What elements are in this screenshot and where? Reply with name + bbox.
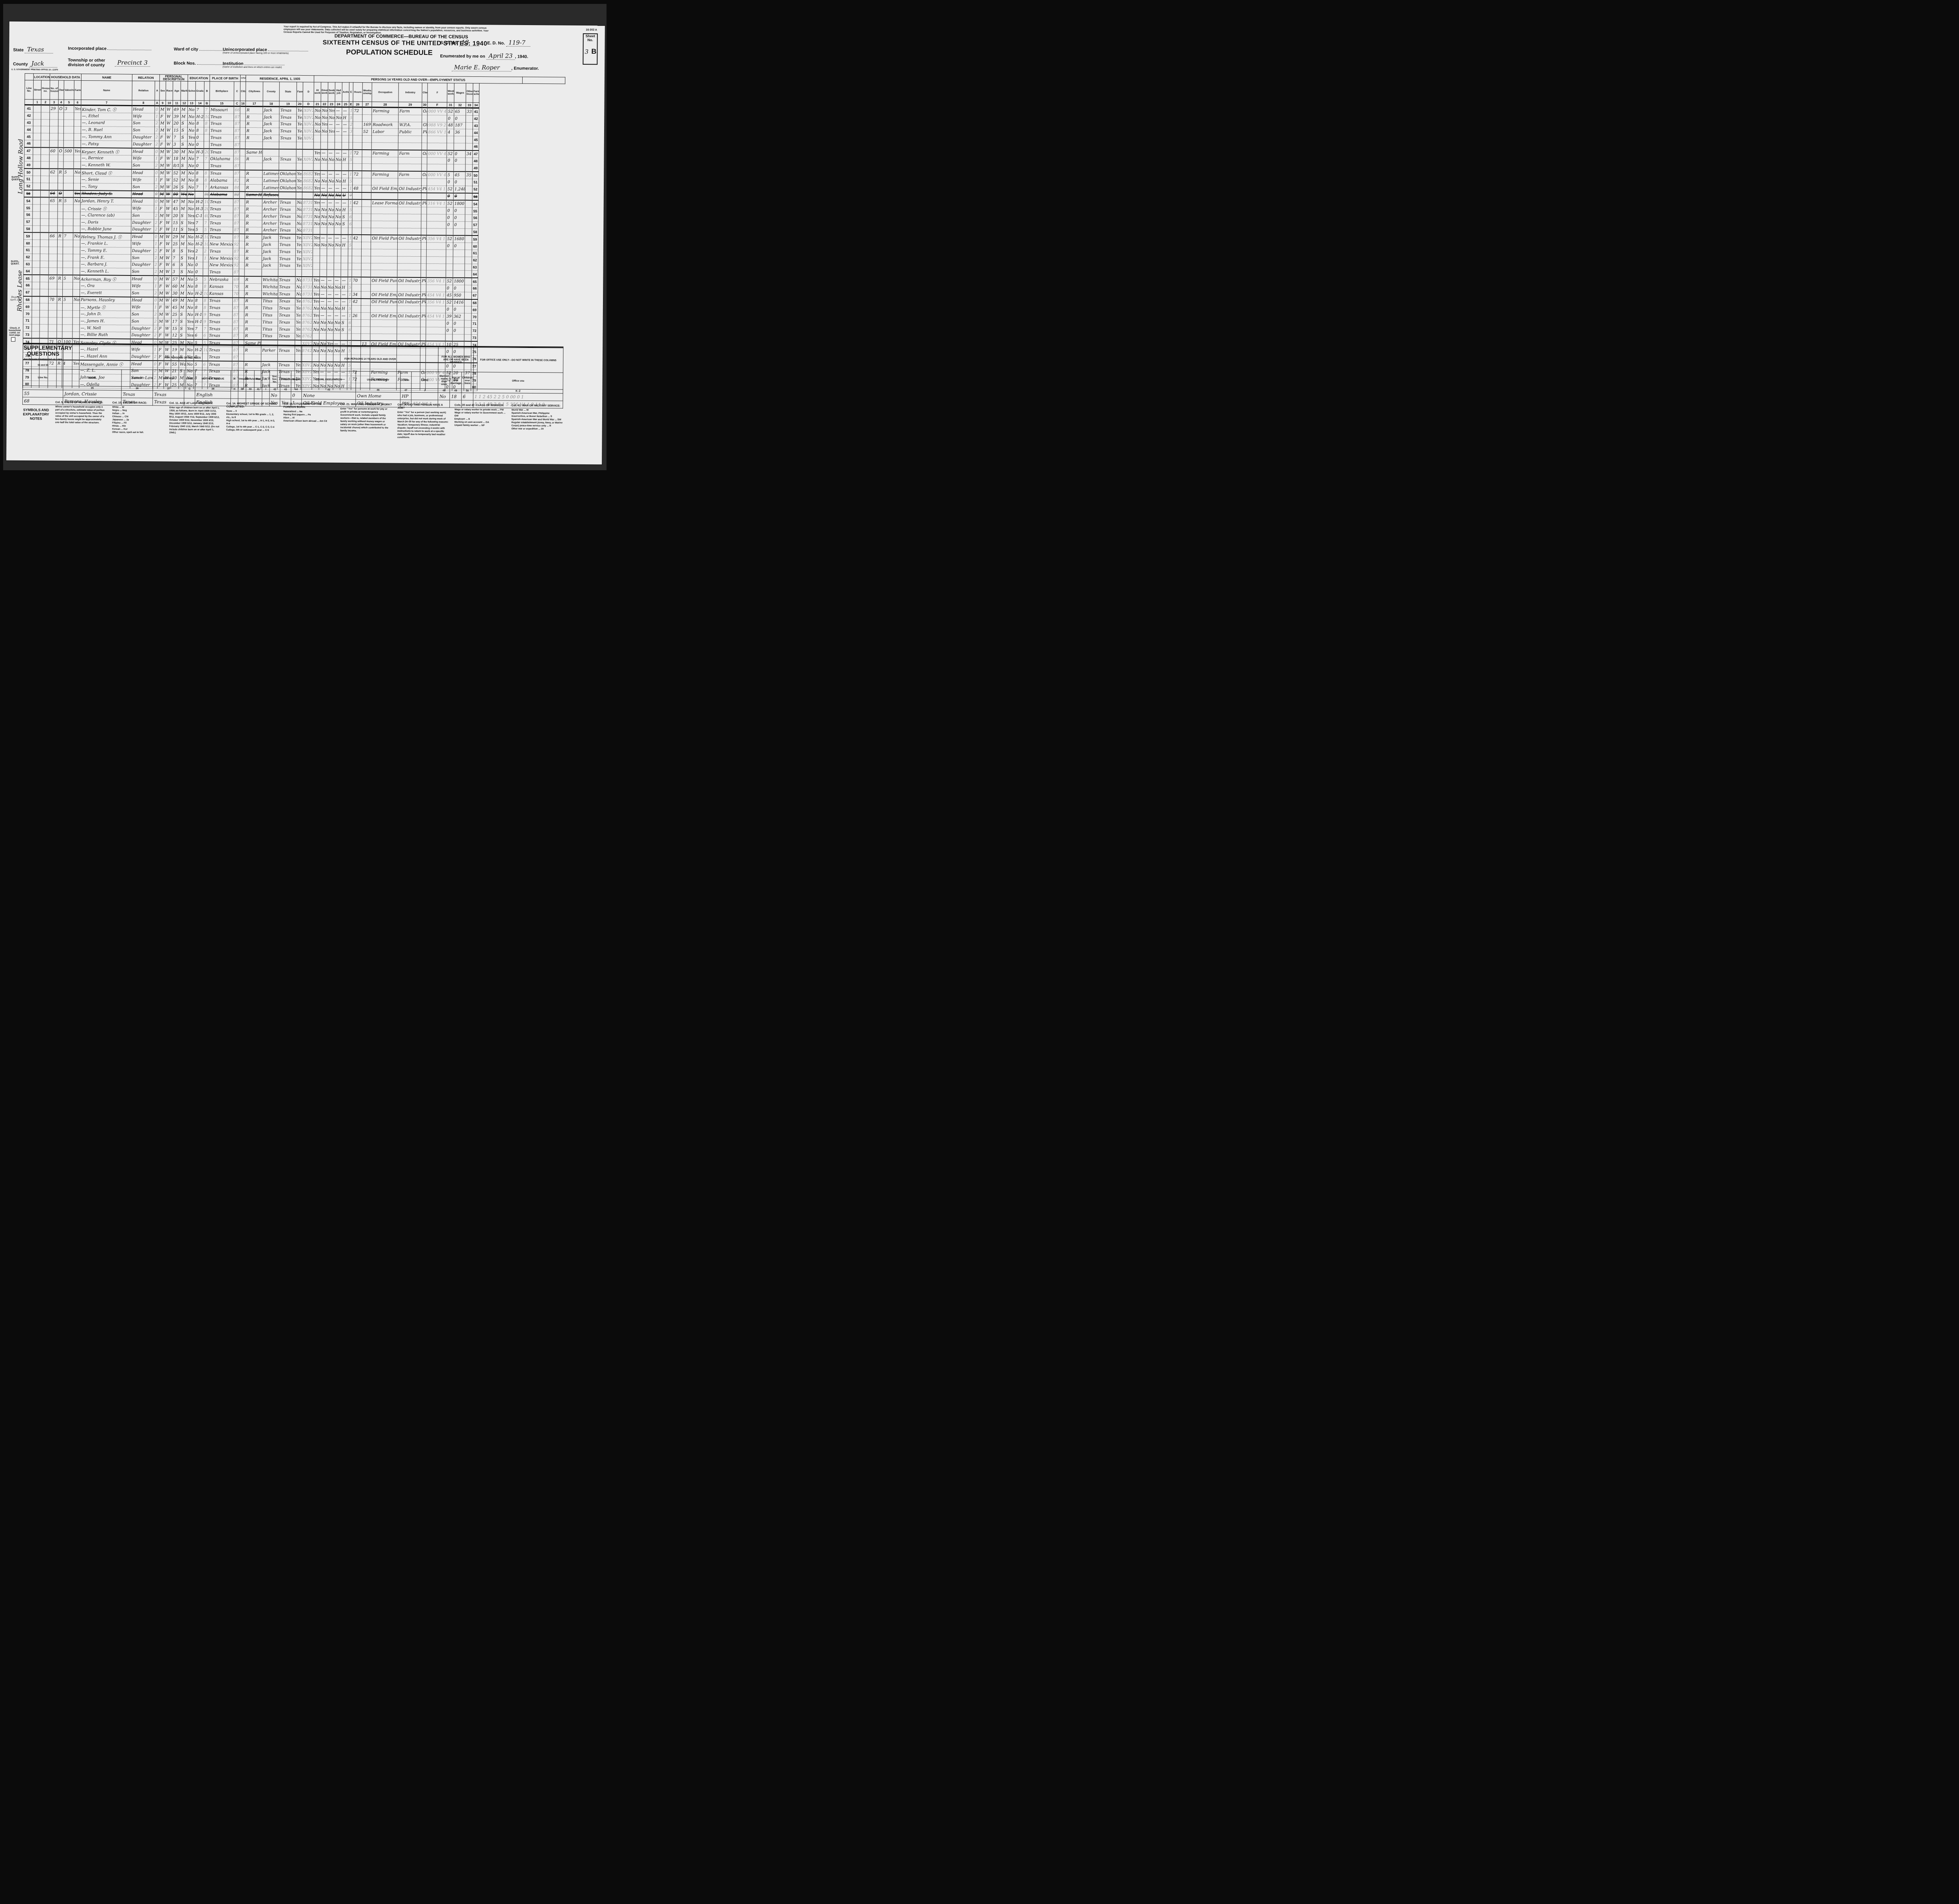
cell-tenure bbox=[58, 176, 63, 183]
cell-mar: S bbox=[180, 184, 187, 191]
cell-county: Refused bbox=[262, 192, 279, 199]
line-number: 62 bbox=[24, 254, 32, 261]
cell-house bbox=[41, 168, 49, 176]
column-number: 22 bbox=[321, 101, 328, 107]
cell-age: 20 bbox=[173, 120, 181, 127]
cell-c27 bbox=[362, 178, 371, 185]
cell-farm: No bbox=[73, 275, 80, 282]
supp-cell-i bbox=[262, 391, 269, 399]
cell-c25: H bbox=[341, 207, 348, 214]
cell-c27 bbox=[362, 221, 371, 228]
cell-ind: Farm bbox=[398, 150, 422, 157]
cell-c21: Yes bbox=[313, 149, 320, 156]
cell-sch: No bbox=[187, 149, 195, 156]
state-value: Texas bbox=[25, 46, 53, 54]
cell-a: 2 bbox=[154, 212, 159, 219]
cell-c22: — bbox=[320, 277, 327, 284]
cell-age: 60 bbox=[172, 283, 179, 290]
cell-county: Latimer bbox=[262, 184, 279, 192]
cell-c22 bbox=[320, 263, 327, 270]
column-header: Emergency work bbox=[321, 82, 328, 101]
line-number: 48 bbox=[24, 154, 33, 161]
line-number: 58 bbox=[24, 225, 33, 232]
cell-occ bbox=[371, 284, 397, 292]
cell-farm bbox=[73, 212, 80, 219]
cell-b: 8 bbox=[204, 170, 209, 177]
cell-county: Titus bbox=[261, 298, 278, 305]
supp-cell-father: Texas bbox=[121, 390, 153, 398]
cell-c21: No bbox=[313, 284, 320, 291]
col-group-education: EDUCATION bbox=[188, 74, 210, 81]
cell-county: Jack bbox=[263, 135, 279, 142]
cell-hh: 69 bbox=[49, 275, 57, 282]
cell-c27 bbox=[361, 299, 370, 306]
cell-c24: — bbox=[333, 312, 340, 319]
cell-race: W bbox=[165, 177, 172, 184]
cell-sex: M bbox=[159, 184, 165, 191]
cell-occ: Oil Field Pumper bbox=[371, 277, 397, 284]
cell-c22 bbox=[320, 255, 327, 263]
col-group-name: NAME bbox=[81, 74, 132, 81]
cell-farm: Yes bbox=[74, 105, 81, 112]
cell-farm bbox=[73, 254, 80, 261]
cell-c34 bbox=[465, 207, 472, 214]
cell-b: 2 bbox=[203, 248, 208, 255]
cell-rel: Son bbox=[131, 268, 154, 276]
cell-grade: H-2 bbox=[195, 198, 203, 205]
cell-f20: Yes bbox=[296, 178, 302, 185]
note-item: Other races, spell out in full. bbox=[112, 431, 164, 435]
cell-a: 2 bbox=[154, 127, 159, 134]
cell-c26 bbox=[352, 228, 362, 235]
cell-tenure bbox=[57, 268, 63, 275]
cell-b: 20 bbox=[204, 149, 209, 156]
cell-c24: No bbox=[335, 114, 342, 121]
cell-c27 bbox=[361, 319, 370, 326]
cell-cit bbox=[240, 135, 245, 142]
cell-d: 8731 bbox=[302, 284, 313, 291]
cell-sex: F bbox=[159, 177, 165, 184]
cell-cit bbox=[240, 170, 245, 177]
cell-b: 10 bbox=[203, 199, 209, 206]
cell-race: W bbox=[165, 248, 172, 255]
cell-value: 5 bbox=[63, 275, 73, 282]
line-number-right: 66 bbox=[472, 285, 478, 292]
cell-f20: Yes bbox=[295, 248, 302, 255]
cell-sch: No bbox=[186, 297, 194, 304]
cell-c21 bbox=[313, 142, 320, 149]
cell-tenure bbox=[57, 289, 63, 296]
cell-c31: 0 bbox=[445, 306, 453, 313]
cell-ind: Farm bbox=[398, 107, 422, 115]
cell-city: R bbox=[244, 255, 262, 262]
cell-cit bbox=[240, 128, 245, 135]
cell-f20: Yes bbox=[295, 312, 301, 319]
cell-c26 bbox=[353, 164, 362, 171]
census-sheet: State Texas County Jack U. S. GOVERNMENT… bbox=[6, 22, 605, 465]
cell-c34 bbox=[465, 221, 472, 228]
cell-hh bbox=[49, 126, 58, 133]
cell-c24: No bbox=[333, 319, 340, 326]
cell-house bbox=[40, 324, 48, 331]
cell-sch: No bbox=[186, 290, 194, 297]
cell-county: Jack bbox=[262, 241, 278, 248]
cell-cls: PW bbox=[421, 277, 426, 284]
column-header: City/town bbox=[246, 82, 263, 101]
cell-age: 20 bbox=[172, 212, 180, 219]
cell-county: Jack bbox=[262, 234, 279, 242]
cell-c32: 0 bbox=[454, 150, 465, 158]
line-number: 44 bbox=[24, 126, 33, 133]
cell-f20 bbox=[295, 270, 302, 277]
cell-c23: — bbox=[327, 235, 334, 242]
cell-c21: No bbox=[313, 178, 320, 185]
cell-f bbox=[427, 193, 446, 200]
cell-c21: No bbox=[313, 128, 320, 135]
line-number-right: 55 bbox=[472, 208, 478, 215]
cell-street bbox=[32, 254, 40, 261]
column-number: 6 bbox=[74, 100, 81, 105]
cell-street bbox=[33, 218, 40, 225]
cell-c25: — bbox=[341, 235, 348, 242]
cell-c31: 0 bbox=[447, 115, 454, 122]
cell-name: Kinder, Tom C. ⓧ bbox=[81, 105, 132, 113]
cell-c34 bbox=[464, 299, 471, 306]
cell-grade: H-1 bbox=[194, 318, 203, 325]
cell-birth: Missouri bbox=[210, 106, 234, 114]
supp-column-number: 36 bbox=[121, 386, 153, 391]
cell-cit bbox=[240, 106, 246, 114]
cell-cls bbox=[421, 221, 427, 228]
cell-hh bbox=[49, 240, 57, 247]
cell-city bbox=[244, 269, 262, 277]
cell-house bbox=[40, 219, 49, 226]
cell-county: Jack bbox=[263, 107, 279, 114]
cell-rel: Son bbox=[131, 254, 154, 261]
supp-column-number: 40 bbox=[246, 387, 254, 391]
cell-c22: — bbox=[319, 298, 326, 305]
cell-c27 bbox=[362, 136, 371, 143]
column-number: 9 bbox=[159, 100, 166, 106]
cell-e: 6 bbox=[348, 221, 352, 228]
cell-street bbox=[32, 289, 40, 296]
cell-c32: 0 bbox=[453, 306, 464, 313]
cell-value bbox=[63, 254, 73, 261]
cell-e: 7 bbox=[348, 192, 352, 199]
group-all-ages: FOR PERSONS OF ALL AGES bbox=[63, 344, 302, 371]
cell-farm: Yes bbox=[73, 190, 80, 197]
column-number: 5 bbox=[64, 100, 74, 105]
cell-mar: S bbox=[179, 311, 186, 318]
cell-e bbox=[349, 142, 353, 149]
cell-occ: Oil Field Employee bbox=[370, 313, 397, 320]
cell-state: Texas bbox=[278, 312, 295, 319]
cell-state: Texas bbox=[279, 156, 296, 163]
cell-a: 2 bbox=[154, 268, 158, 275]
cell-c25 bbox=[341, 256, 348, 263]
cell-ind: Oil Industry bbox=[397, 277, 421, 285]
cell-c34 bbox=[465, 285, 472, 292]
cell-a: 0 bbox=[154, 198, 159, 205]
cell-house bbox=[40, 275, 49, 282]
cell-c21 bbox=[313, 255, 320, 263]
cell-c31: 5 bbox=[447, 172, 454, 179]
cell-c25: S bbox=[340, 326, 348, 333]
cell-hh: 60 bbox=[49, 147, 58, 154]
cell-house bbox=[40, 212, 49, 219]
cell-c23: No bbox=[328, 156, 335, 163]
cell-ind: Farm bbox=[398, 171, 422, 179]
cell-state: Texas bbox=[278, 248, 295, 255]
cell-birth: Texas bbox=[209, 226, 233, 234]
continued-checkbox[interactable] bbox=[11, 337, 15, 342]
cell-hh bbox=[48, 310, 57, 317]
cell-ind: W.P.A. bbox=[398, 122, 422, 129]
cell-age: 52 bbox=[172, 170, 180, 177]
cell-value bbox=[63, 133, 74, 140]
cell-c25: H bbox=[342, 114, 349, 121]
cell-e: 1 bbox=[348, 277, 352, 284]
cell-c24: — bbox=[335, 107, 342, 114]
cell-c23: No bbox=[326, 326, 333, 333]
cell-name: —, W. Nell bbox=[80, 324, 130, 332]
cell-race: W bbox=[165, 234, 172, 241]
column-number: 15 bbox=[210, 101, 234, 106]
cell-value bbox=[63, 289, 73, 296]
cell-age: 57 bbox=[172, 276, 179, 283]
cell-birth: Texas bbox=[209, 127, 234, 134]
note-col21: Col. 21. WAS THIS PERSON AT WORK?Enter "… bbox=[340, 403, 392, 447]
cell-c23: No bbox=[327, 192, 334, 199]
column-header: E bbox=[349, 82, 353, 101]
cell-c32: 0 bbox=[453, 193, 465, 200]
line-number-right: 63 bbox=[472, 264, 478, 271]
supp-cell-line: 55 bbox=[23, 389, 63, 397]
col-group-location: LOCATION bbox=[33, 74, 50, 80]
line-number-right: 65 bbox=[472, 278, 478, 285]
cell-b: 8 bbox=[204, 120, 210, 127]
cell-c34 bbox=[465, 264, 472, 271]
cell-tenure bbox=[58, 120, 64, 127]
cell-street bbox=[33, 133, 41, 140]
cell-c26: 70 bbox=[352, 277, 361, 284]
cell-c25: S bbox=[340, 319, 348, 326]
cell-c34 bbox=[465, 165, 473, 172]
line-number-right: 44 bbox=[473, 129, 479, 136]
cell-c: 87 bbox=[234, 163, 240, 170]
cell-e: 5 bbox=[348, 306, 351, 313]
cell-name: —, John D. bbox=[80, 311, 130, 318]
cell-grade: H-1 bbox=[194, 312, 203, 319]
cell-birth: Texas bbox=[209, 199, 233, 206]
cell-value bbox=[63, 282, 73, 289]
cell-sex: M bbox=[159, 234, 165, 241]
cell-c32: 0 bbox=[454, 179, 465, 186]
cell-house bbox=[40, 247, 49, 254]
cell-rel: Head bbox=[130, 297, 153, 304]
line-number: 50 bbox=[24, 168, 33, 176]
cell-c32: 187 bbox=[454, 122, 466, 129]
line-number-right: 70 bbox=[471, 313, 478, 321]
cell-rel: Daughter bbox=[132, 134, 154, 141]
cell-value bbox=[63, 162, 74, 169]
cell-county: Wichita bbox=[262, 284, 278, 291]
cell-b bbox=[204, 163, 209, 170]
cell-ind bbox=[398, 228, 421, 236]
cell-sch: No bbox=[186, 311, 194, 318]
cell-tenure bbox=[57, 261, 63, 268]
cell-occ bbox=[371, 249, 397, 256]
column-number: F bbox=[427, 102, 447, 108]
cell-ind bbox=[398, 221, 421, 228]
cell-hh bbox=[49, 205, 58, 212]
cell-cls bbox=[420, 320, 426, 327]
cell-age: 39 bbox=[173, 113, 181, 120]
cell-county bbox=[263, 149, 279, 156]
cell-rel: Wife bbox=[132, 176, 154, 183]
cell-c25: — bbox=[342, 171, 349, 178]
cell-sch: No bbox=[186, 262, 194, 269]
cell-name: —, Clarence (ab) bbox=[80, 212, 131, 219]
cell-mar: M bbox=[179, 283, 186, 290]
cell-birth: Oklahoma bbox=[209, 156, 234, 163]
column-header: Weeks worked bbox=[447, 83, 454, 102]
line-number: 53 bbox=[24, 190, 33, 197]
supp-column-number: 50 bbox=[462, 389, 473, 393]
cell-c26: 48 bbox=[352, 185, 362, 192]
cell-hh bbox=[49, 176, 58, 183]
cell-birth: New Mexico bbox=[208, 262, 233, 269]
cell-sex: M bbox=[159, 106, 166, 113]
cell-sch: Yes bbox=[186, 325, 194, 332]
cell-house bbox=[41, 105, 50, 112]
column-number: 27 bbox=[362, 102, 372, 107]
cell-c27 bbox=[361, 256, 371, 263]
cell-city: R bbox=[245, 170, 263, 178]
cell-c21: No bbox=[312, 319, 319, 326]
cell-c34 bbox=[465, 271, 472, 278]
cell-c26 bbox=[351, 326, 361, 333]
ed-value: 119-7 bbox=[506, 39, 530, 47]
cell-e: 5 bbox=[348, 242, 352, 249]
column-number: 7 bbox=[81, 100, 132, 105]
cell-cls bbox=[421, 256, 426, 263]
cell-hh: 70 bbox=[48, 296, 57, 303]
printing-office: U. S. GOVERNMENT PRINTING OFFICE 10—1157… bbox=[11, 69, 58, 71]
note-item: Unpaid family worker ... NP bbox=[454, 424, 506, 428]
cell-b: 6 bbox=[203, 332, 208, 339]
cell-state: Texas bbox=[278, 241, 295, 248]
column-header: Citizenship bbox=[240, 82, 246, 101]
cell-c23: No bbox=[326, 305, 333, 312]
cell-mar: S bbox=[180, 134, 187, 141]
cell-tenure: O bbox=[58, 190, 63, 197]
cell-cls bbox=[420, 306, 426, 313]
cell-c31: 0 bbox=[446, 207, 453, 214]
cell-city: Same House bbox=[245, 191, 262, 199]
cell-sex: M bbox=[158, 318, 164, 325]
cell-house bbox=[41, 147, 49, 154]
cell-a: 2 bbox=[154, 248, 158, 255]
cell-sch: No bbox=[188, 120, 196, 127]
cell-sex: F bbox=[158, 241, 165, 248]
line-number-right: 47 bbox=[473, 150, 479, 158]
cell-f bbox=[427, 136, 447, 143]
cell-cit bbox=[240, 121, 246, 128]
cell-c27 bbox=[361, 242, 371, 249]
cell-rel: Wife bbox=[132, 113, 155, 120]
cell-house bbox=[41, 112, 50, 120]
column-header: A bbox=[155, 81, 159, 100]
cell-rel: Head bbox=[132, 105, 155, 113]
cell-street bbox=[32, 268, 40, 275]
cell-hh bbox=[49, 140, 58, 147]
cell-c22: — bbox=[320, 185, 327, 192]
cell-value bbox=[63, 190, 73, 197]
cell-b: 7 bbox=[204, 156, 209, 163]
cell-f bbox=[427, 164, 447, 172]
cell-a: 2 bbox=[154, 162, 159, 169]
column-number: 4 bbox=[58, 100, 64, 105]
cell-cls bbox=[421, 249, 426, 256]
column-number: 11 bbox=[173, 100, 181, 106]
cell-house bbox=[41, 126, 49, 133]
cell-age: 15 bbox=[171, 325, 179, 332]
line-number: 61 bbox=[24, 246, 32, 254]
cell-c26: 72 bbox=[353, 150, 362, 157]
cell-ind: Oil Industry bbox=[398, 235, 421, 243]
cell-name: —, Ora bbox=[80, 282, 131, 290]
cell-city: R bbox=[245, 234, 262, 241]
column-number: 17 bbox=[246, 101, 263, 106]
cell-hh bbox=[49, 261, 57, 268]
cell-rel: Son bbox=[132, 162, 154, 170]
cell-c32: 0 bbox=[454, 158, 465, 165]
cell-race: W bbox=[166, 113, 173, 120]
cell-cit bbox=[239, 276, 244, 283]
cell-c: 87 bbox=[232, 305, 239, 312]
cell-sex: M bbox=[159, 120, 166, 127]
cell-a: 0 bbox=[154, 234, 159, 241]
cell-farm bbox=[73, 183, 80, 190]
cell-d: X0V2 bbox=[303, 107, 314, 114]
cell-cit bbox=[239, 220, 245, 227]
supp-column-header: H bbox=[231, 370, 238, 387]
cell-house bbox=[41, 140, 49, 147]
cell-c21 bbox=[313, 270, 320, 277]
cell-birth: Arkansas bbox=[209, 184, 233, 192]
cell-sch: No bbox=[186, 269, 194, 276]
cell-c21: No bbox=[312, 305, 319, 312]
supplementary-section: SUPPLEMENTARY QUESTIONSFor Persons Enume… bbox=[22, 343, 563, 403]
cell-sch: Yes bbox=[187, 134, 195, 141]
cell-mar: S bbox=[179, 255, 186, 262]
cell-city: R bbox=[245, 206, 262, 213]
cell-c22: No bbox=[321, 107, 328, 114]
cell-c22: No bbox=[320, 284, 327, 291]
note-col24: Col. 24. DID THIS PERSON HAVE A JOB?Ente… bbox=[397, 404, 449, 447]
cell-a: 1 bbox=[154, 283, 158, 290]
cell-cit bbox=[240, 163, 245, 170]
cell-rel: Daughter bbox=[131, 226, 154, 234]
cell-city bbox=[245, 141, 263, 149]
cell-house bbox=[40, 310, 48, 317]
cell-c27 bbox=[362, 164, 371, 171]
cell-c34 bbox=[465, 186, 472, 193]
cell-race: W bbox=[165, 134, 172, 141]
cell-f20 bbox=[296, 163, 302, 170]
cell-e: 5 bbox=[349, 114, 353, 121]
